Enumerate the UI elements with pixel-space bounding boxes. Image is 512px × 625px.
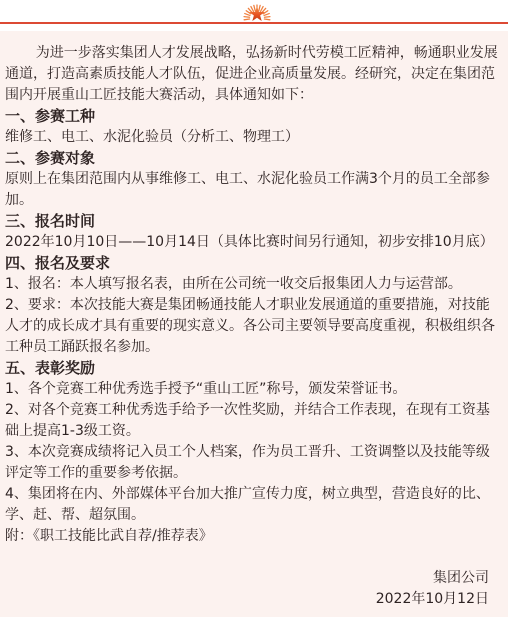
intro-paragraph: 为进一步落实集团人才发展战略，弘扬新时代劳模工匠精神，畅通职业发展通道，打造高素… — [5, 43, 503, 106]
blank-line — [5, 547, 503, 568]
section-4-paragraph-1: 1、报名：本人填写报名表，由所在公司统一收交后报集团人力与运营部。 — [5, 274, 503, 295]
section-5-paragraph-1: 1、各个竞赛工种优秀选手授予“重山工匠”称号，颁发荣誉证书。 — [5, 379, 503, 400]
section-5-paragraph-3: 3、本次竞赛成绩将记入员工个人档案，作为员工晋升、工资调整以及技能等级评定等工作… — [5, 442, 503, 484]
header-rule-line — [0, 22, 508, 24]
section-heading-2: 二、参赛对象 — [5, 148, 503, 169]
signature-date: 2022年10月12日 — [5, 589, 503, 610]
notice-body: 为进一步落实集团人才发展战略，弘扬新时代劳模工匠精神，畅通职业发展通道，打造高素… — [0, 31, 508, 617]
section-2-paragraph: 原则上在集团范围内从事维修工、电工、水泥化验员工作满3个月的员工全部参加。 — [5, 169, 503, 211]
notice-page: 为进一步落实集团人才发展战略，弘扬新时代劳模工匠精神，畅通职业发展通道，打造高素… — [0, 0, 512, 625]
section-heading-1: 一、参赛工种 — [5, 106, 503, 127]
section-5-paragraph-4: 4、集团将在内、外部媒体平台加大推广宣传力度，树立典型，营造良好的比、学、赶、帮… — [5, 484, 503, 526]
header-band — [0, 0, 512, 31]
section-4-paragraph-2: 2、要求：本次技能大赛是集团畅通技能人才职业发展通道的重要措施，对技能人才的成长… — [5, 295, 503, 358]
section-heading-4: 四、报名及要求 — [5, 253, 503, 274]
attachment-line: 附：《职工技能比武自荐/推荐表》 — [5, 526, 503, 547]
section-heading-5: 五、表彰奖励 — [5, 358, 503, 379]
section-5-paragraph-2: 2、对各个竞赛工种优秀选手给予一次性奖励，并结合工作表现，在现有工资基础上提高1… — [5, 400, 503, 442]
section-3-paragraph: 2022年10月10日——10月14日（具体比赛时间另行通知，初步安排10月底） — [5, 232, 503, 253]
section-heading-3: 三、报名时间 — [5, 211, 503, 232]
signature-org: 集团公司 — [5, 568, 503, 589]
section-1-paragraph: 维修工、电工、水泥化验员（分析工、物理工） — [5, 127, 503, 148]
